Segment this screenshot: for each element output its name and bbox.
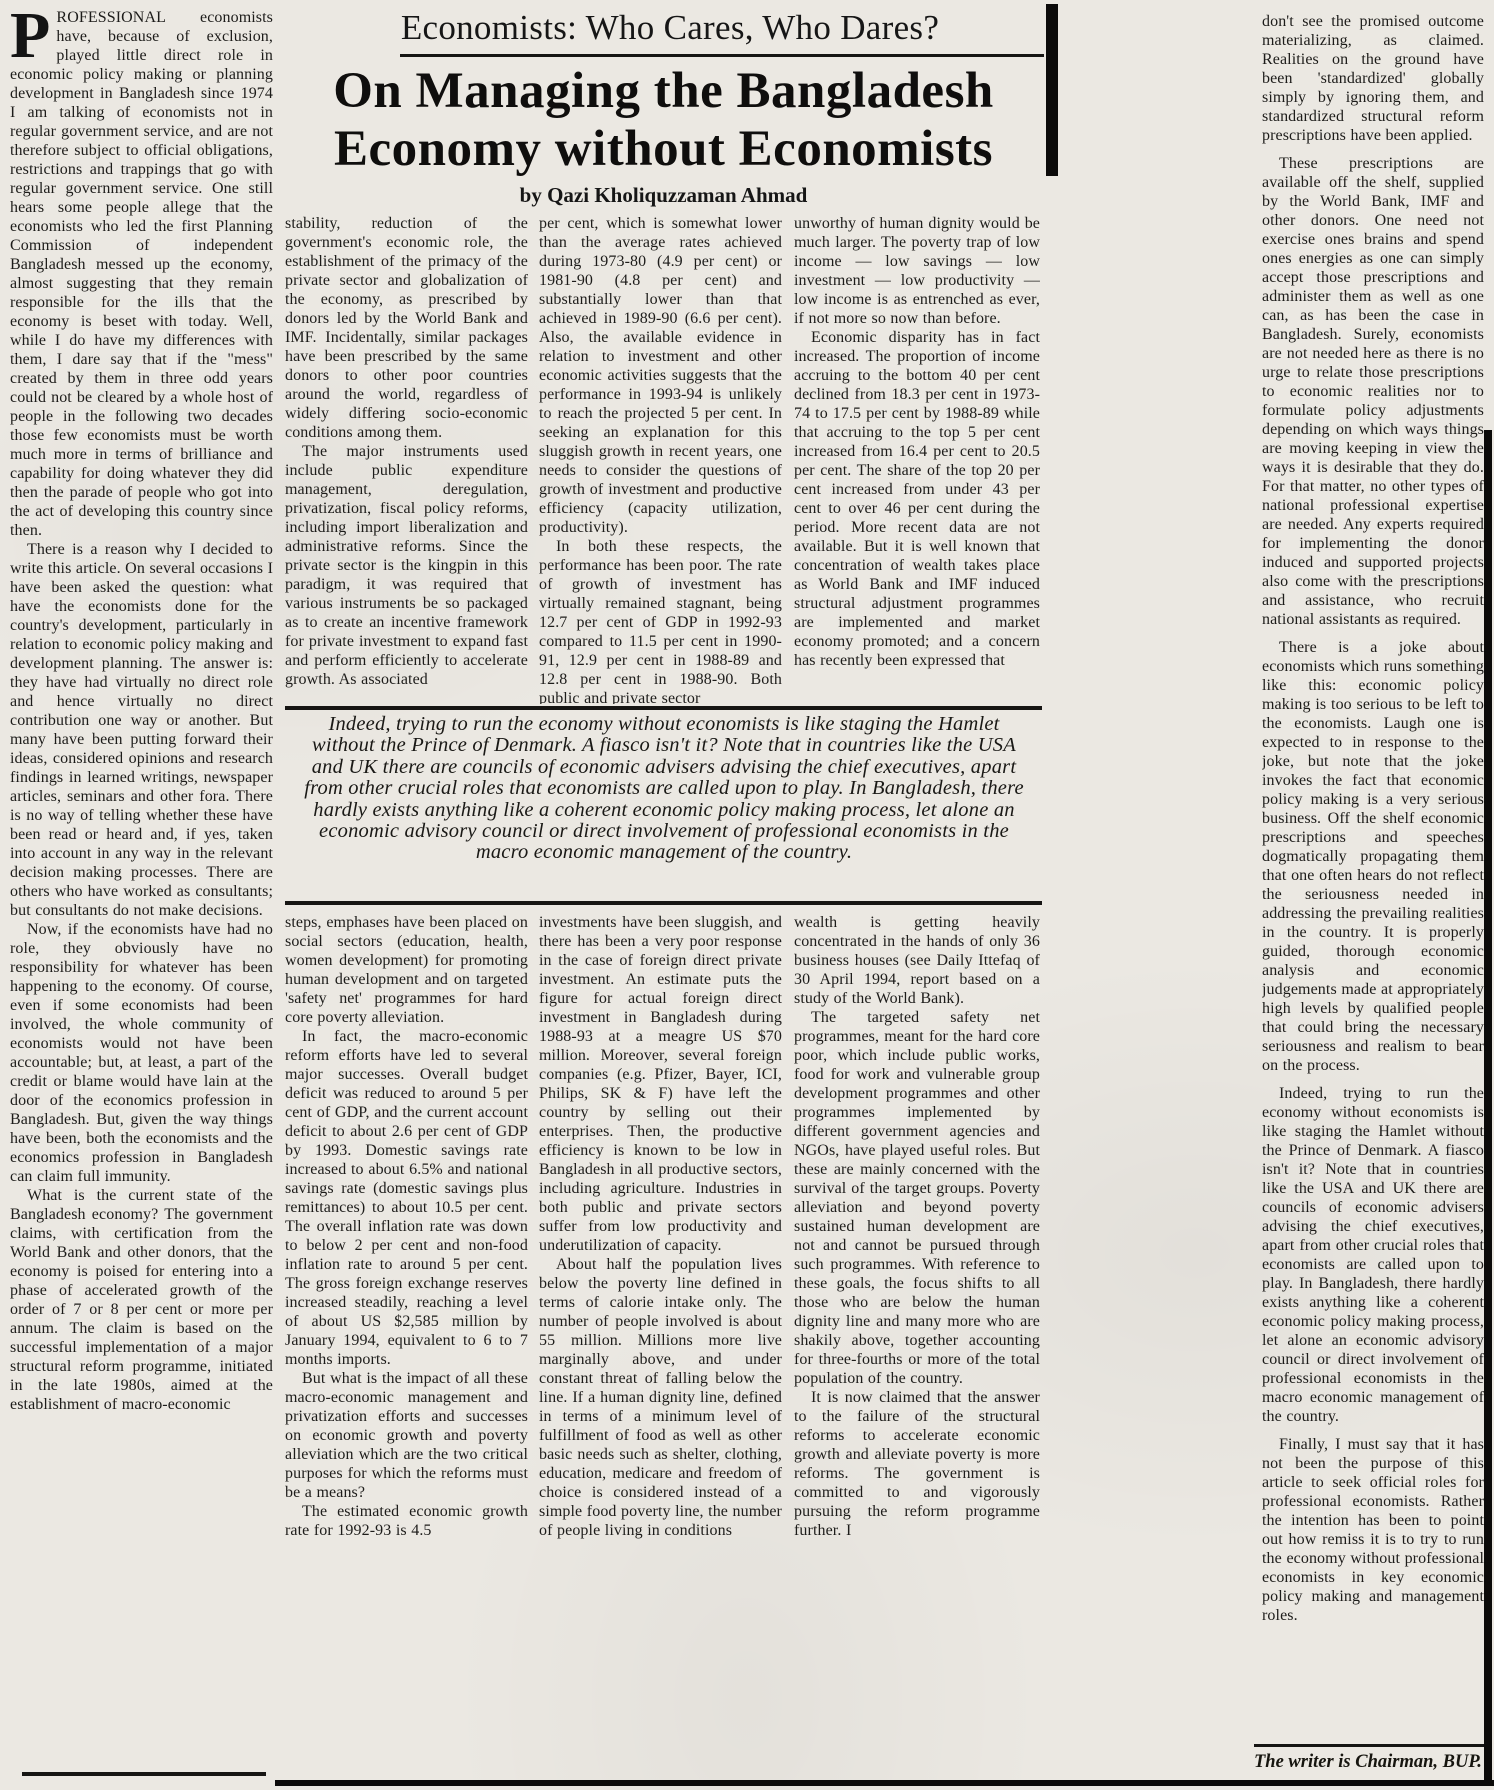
pull-quote-top-rule [285, 706, 1042, 710]
article-paragraph: Finally, I must say that it has not been… [1262, 1435, 1484, 1625]
byline: by Qazi Kholiquzzaman Ahmad [285, 183, 1042, 208]
upper-column-2: per cent, which is somewhat lower than t… [539, 214, 782, 704]
article-paragraph: per cent, which is somewhat lower than t… [539, 214, 782, 537]
kicker: Economists: Who Cares, Who Dares? [300, 8, 1040, 48]
article-paragraph: wealth is getting heavily concentrated i… [794, 913, 1040, 1008]
article-paragraph: stability, reduction of the government's… [285, 214, 528, 442]
article-paragraph: The major instruments used include publi… [285, 442, 528, 689]
lower-column-1: steps, emphases have been placed on soci… [285, 913, 528, 1773]
headline-line-2: Economy without Economists [285, 120, 1042, 178]
kicker-underline [400, 54, 1044, 57]
footer-credit: The writer is Chairman, BUP. [1254, 1752, 1492, 1773]
article-paragraph: investments have been sluggish, and ther… [539, 913, 782, 1255]
left-column: PROFESSIONAL economists have, because of… [10, 8, 273, 1766]
article-paragraph: There is a reason why I decided to write… [10, 540, 273, 920]
article-paragraph: But what is the impact of all these macr… [285, 1369, 528, 1502]
left-column-bottom-rule [22, 1772, 266, 1776]
upper-column-1: stability, reduction of the government's… [285, 214, 528, 704]
article-paragraph: There is a joke about economists which r… [1262, 638, 1484, 1075]
article-paragraph: don't see the promised outcome materiali… [1262, 12, 1484, 145]
bottom-rule [275, 1780, 1494, 1786]
headline-line-1: On Managing the Bangladesh [285, 62, 1042, 120]
article-paragraph: Now, if the economists have had no role,… [10, 920, 273, 1186]
article-paragraph: In fact, the macro-economic reform effor… [285, 1027, 528, 1369]
pull-quote: Indeed, trying to run the economy withou… [302, 714, 1026, 898]
page-edge-bar [1484, 430, 1492, 1782]
article-paragraph: These prescriptions are available off th… [1262, 154, 1484, 629]
drop-cap: P [10, 8, 56, 62]
lower-column-3: wealth is getting heavily concentrated i… [794, 913, 1040, 1773]
footer-rule [1254, 1744, 1486, 1747]
article-paragraph: The estimated economic growth rate for 1… [285, 1502, 528, 1540]
article-paragraph: PROFESSIONAL economists have, because of… [10, 8, 273, 540]
pull-quote-bottom-rule [285, 901, 1042, 905]
article-paragraph: About half the population lives below th… [539, 1255, 782, 1540]
upper-column-3: unworthy of human dignity would be much … [794, 214, 1040, 704]
article-paragraph: Indeed, trying to run the economy withou… [1262, 1084, 1484, 1426]
right-column: don't see the promised outcome materiali… [1262, 12, 1484, 1738]
article-paragraph: Economic disparity has in fact increased… [794, 328, 1040, 670]
headline: On Managing the Bangladesh Economy witho… [285, 62, 1042, 178]
newspaper-page: PROFESSIONAL economists have, because of… [0, 0, 1494, 1790]
article-paragraph: The targeted safety net programmes, mean… [794, 1008, 1040, 1388]
article-paragraph: unworthy of human dignity would be much … [794, 214, 1040, 328]
lower-column-2: investments have been sluggish, and ther… [539, 913, 782, 1773]
article-paragraph: In both these respects, the performance … [539, 537, 782, 704]
article-paragraph: It is now claimed that the answer to the… [794, 1388, 1040, 1540]
column-separator-bar [1046, 4, 1058, 176]
article-paragraph: steps, emphases have been placed on soci… [285, 913, 528, 1027]
article-paragraph: What is the current state of the Banglad… [10, 1186, 273, 1414]
